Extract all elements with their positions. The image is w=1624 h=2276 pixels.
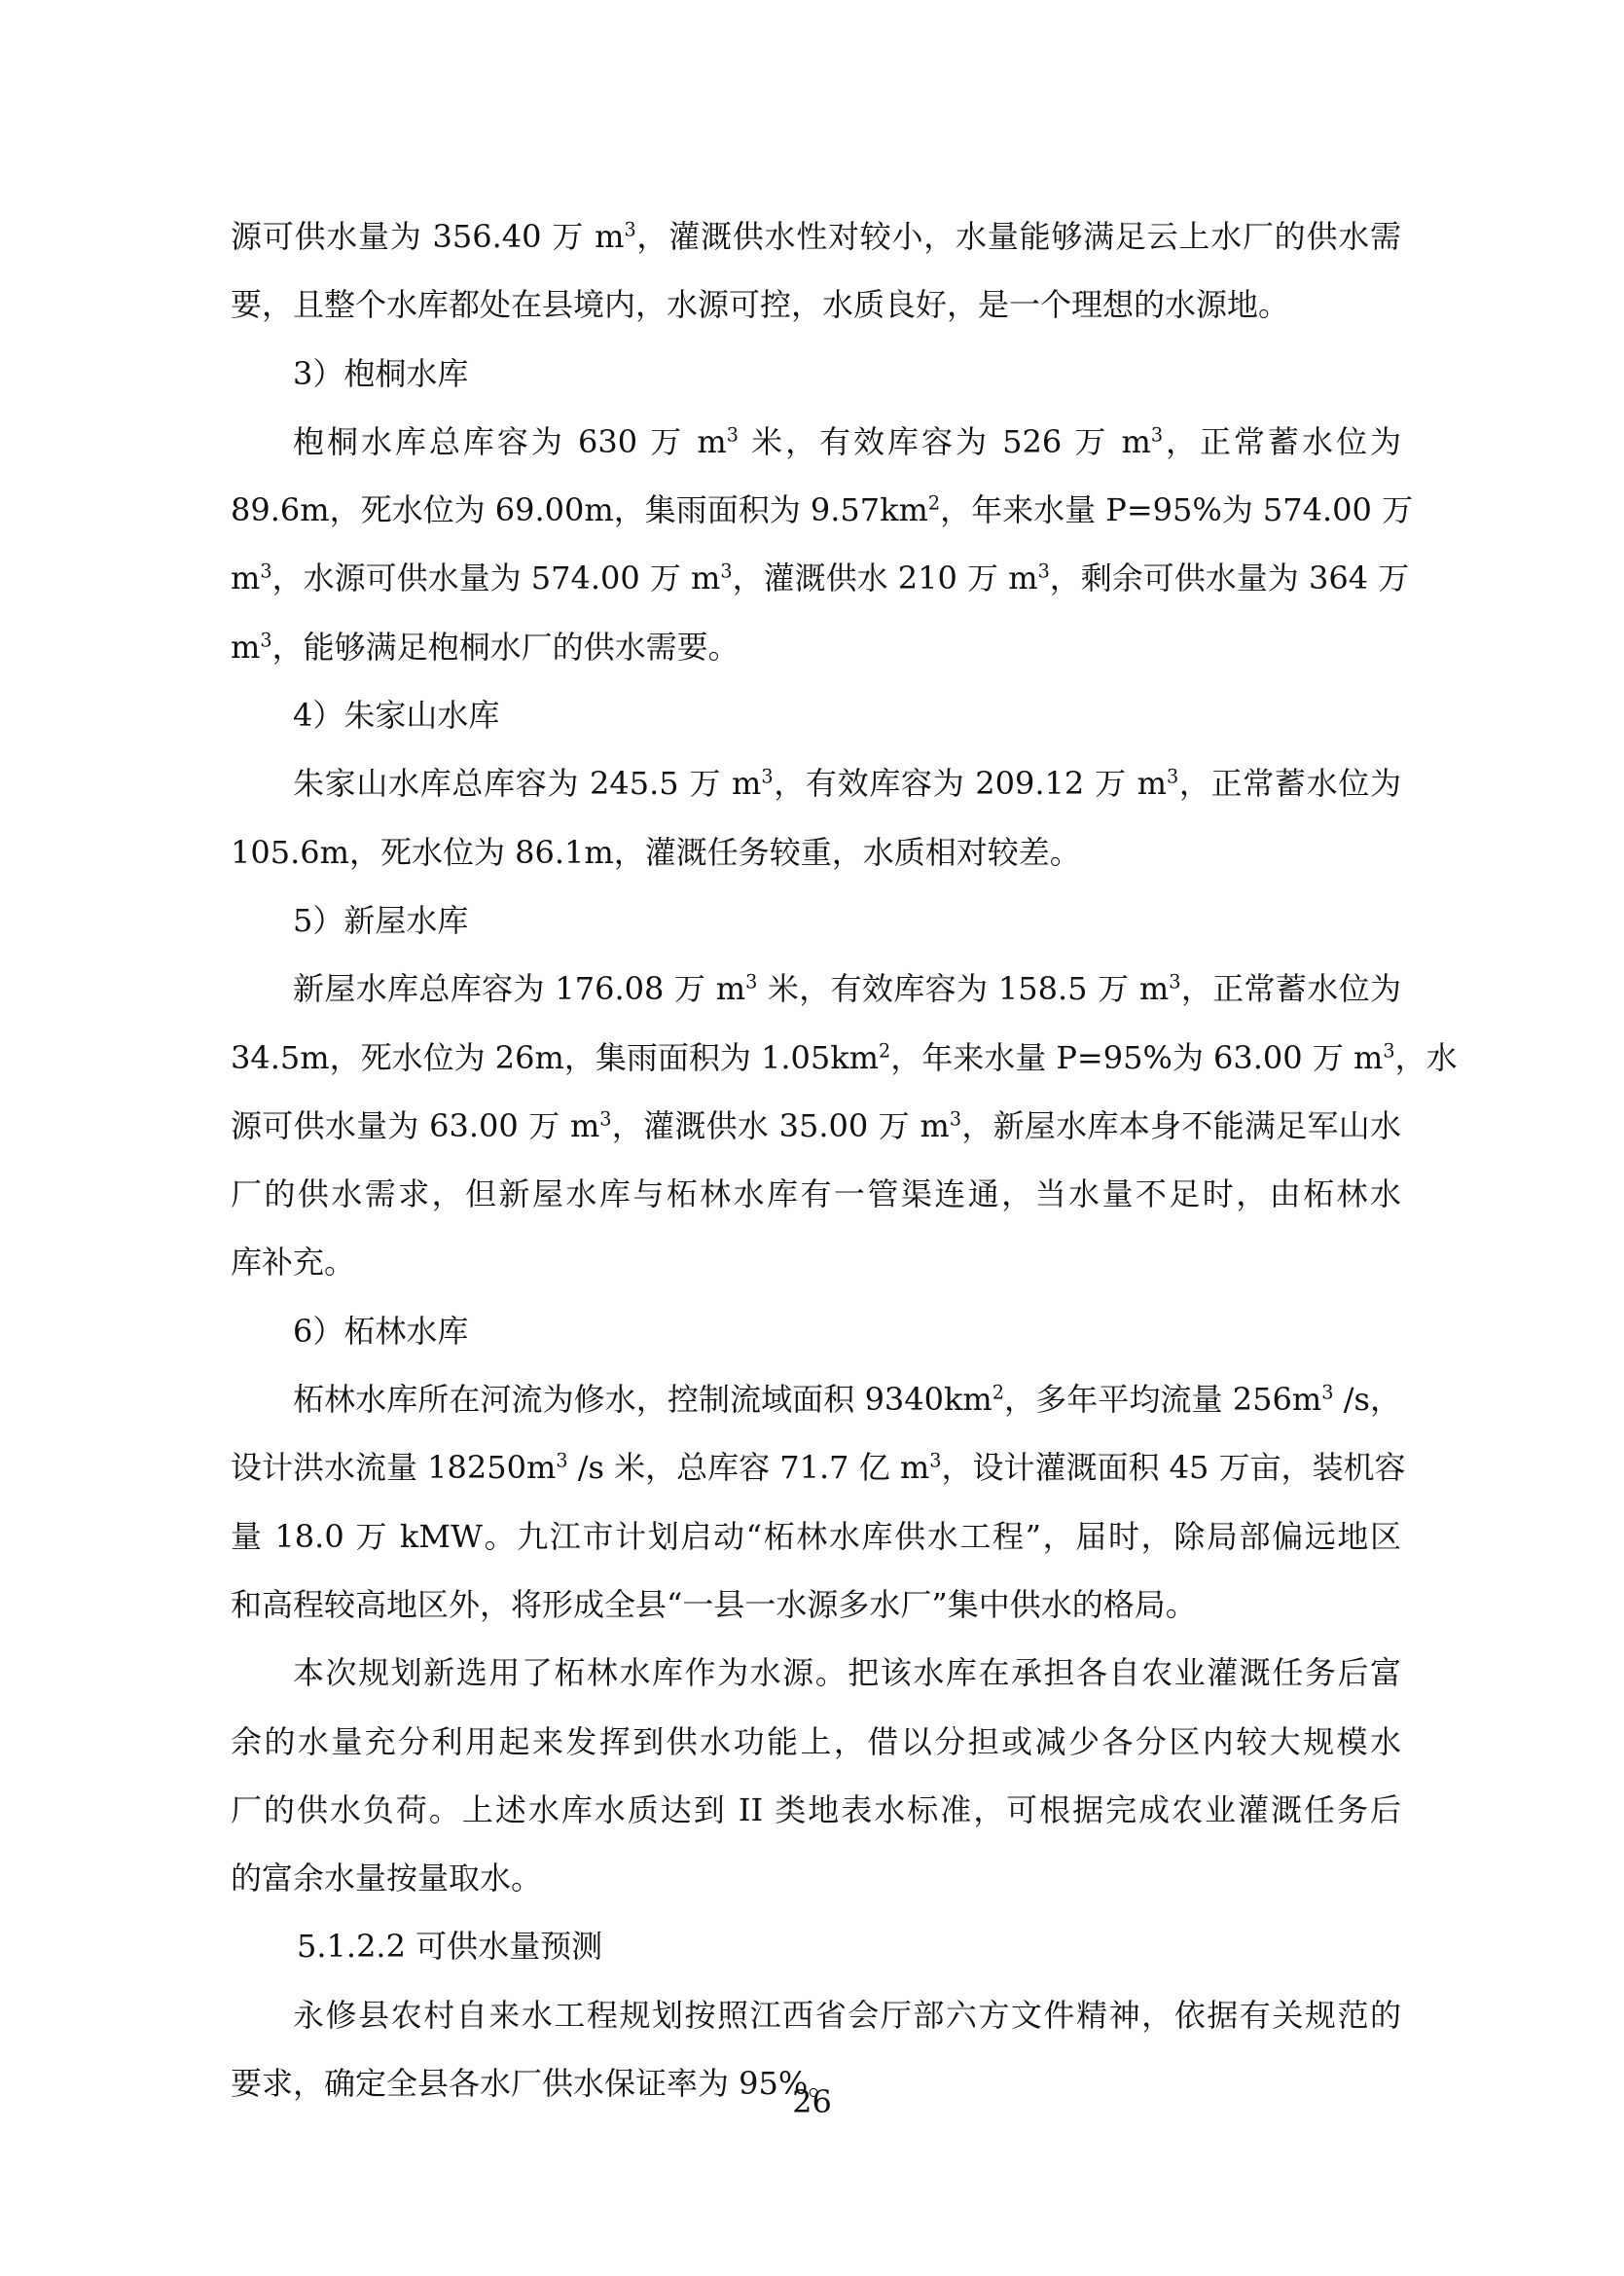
text-line: 89.6m，死水位为 69.00m，集雨面积为 9.57km2，年来水量 P=9…	[231, 476, 1401, 544]
text-line: 105.6m，死水位为 86.1m，灌溉任务较重，水质相对较差。	[231, 818, 1401, 886]
text-line: 厂的供水需求，但新屋水库与柘林水库有一管渠连通，当水量不足时，由柘林水	[231, 1160, 1401, 1228]
zhelin-reservoir-paragraph: 柘林水库所在河流为修水，控制流域面积 9340km2，多年平均流量 256m3 …	[231, 1365, 1401, 1639]
text-line: m3，能够满足枹桐水厂的供水需要。	[231, 613, 1401, 681]
text-line: 厂的供水负荷。上述水库水质达到 II 类地表水标准，可根据完成农业灌溉任务后	[231, 1776, 1401, 1844]
text-line: 余的水量充分利用起来发挥到供水功能上，借以分担或减少各分区内较大规模水	[231, 1708, 1401, 1776]
text-line: m3，水源可供水量为 574.00 万 m3，灌溉供水 210 万 m3，剩余可…	[231, 544, 1401, 612]
text-line: 要，且整个水库都处在县境内，水源可控，水质良好，是一个理想的水源地。	[231, 271, 1401, 339]
text-line: 新屋水库总库容为 176.08 万 m3 米，有效库容为 158.5 万 m3，…	[231, 955, 1401, 1023]
text-line: 源可供水量为 356.40 万 m3，灌溉供水性对较小，水量能够满足云上水厂的供…	[231, 202, 1401, 271]
text-line: 和高程较高地区外，将形成全县“一县一水源多水厂”集中供水的格局。	[231, 1571, 1401, 1639]
text-line: 本次规划新选用了柘林水库作为水源。把该水库在承担各自农业灌溉任务后富	[231, 1639, 1401, 1707]
text-line: 34.5m，死水位为 26m，集雨面积为 1.05km2，年来水量 P=95%为…	[231, 1024, 1401, 1092]
heading-zhujiashan-reservoir: 4）朱家山水库	[231, 681, 1401, 749]
text-line: 永修县农村自来水工程规划按照江西省会厅部六方文件精神，依据有关规范的	[231, 1981, 1401, 2049]
xinwu-reservoir-paragraph: 新屋水库总库容为 176.08 万 m3 米，有效库容为 158.5 万 m3，…	[231, 955, 1401, 1296]
text-line: 量 18.0 万 kMW。九江市计划启动“柘林水库供水工程”，届时，除局部偏远地…	[231, 1502, 1401, 1571]
text-line: 枹桐水库总库容为 630 万 m3 米，有效库容为 526 万 m3，正常蓄水位…	[231, 408, 1401, 476]
text-line: 设计洪水流量 18250m3 /s 米，总库容 71.7 亿 m3，设计灌溉面积…	[231, 1433, 1401, 1501]
heading-zhelin-reservoir: 6）柘林水库	[231, 1297, 1401, 1365]
text-line: 源可供水量为 63.00 万 m3，灌溉供水 35.00 万 m3，新屋水库本身…	[231, 1092, 1401, 1160]
text-line: 库补充。	[231, 1228, 1401, 1296]
text-line: 朱家山水库总库容为 245.5 万 m3，有效库容为 209.12 万 m3，正…	[231, 749, 1401, 817]
paotong-reservoir-paragraph: 枹桐水库总库容为 630 万 m3 米，有效库容为 526 万 m3，正常蓄水位…	[231, 408, 1401, 681]
text-line: 的富余水量按量取水。	[231, 1844, 1401, 1912]
yunshang-reservoir-tail: 源可供水量为 356.40 万 m3，灌溉供水性对较小，水量能够满足云上水厂的供…	[231, 202, 1401, 340]
heading-paotong-reservoir: 3）枹桐水库	[231, 340, 1401, 408]
planning-selection-paragraph: 本次规划新选用了柘林水库作为水源。把该水库在承担各自农业灌溉任务后富余的水量充分…	[231, 1639, 1401, 1912]
section-5-1-2-2: 5.1.2.2 可供水量预测	[231, 1912, 1401, 1980]
zhujiashan-reservoir-paragraph: 朱家山水库总库容为 245.5 万 m3，有效库容为 209.12 万 m3，正…	[231, 749, 1401, 886]
heading-xinwu-reservoir: 5）新屋水库	[231, 886, 1401, 955]
page-number: 26	[0, 2082, 1624, 2121]
document-page: 源可供水量为 356.40 万 m3，灌溉供水性对较小，水量能够满足云上水厂的供…	[231, 202, 1401, 2117]
text-line: 柘林水库所在河流为修水，控制流域面积 9340km2，多年平均流量 256m3 …	[231, 1365, 1401, 1433]
